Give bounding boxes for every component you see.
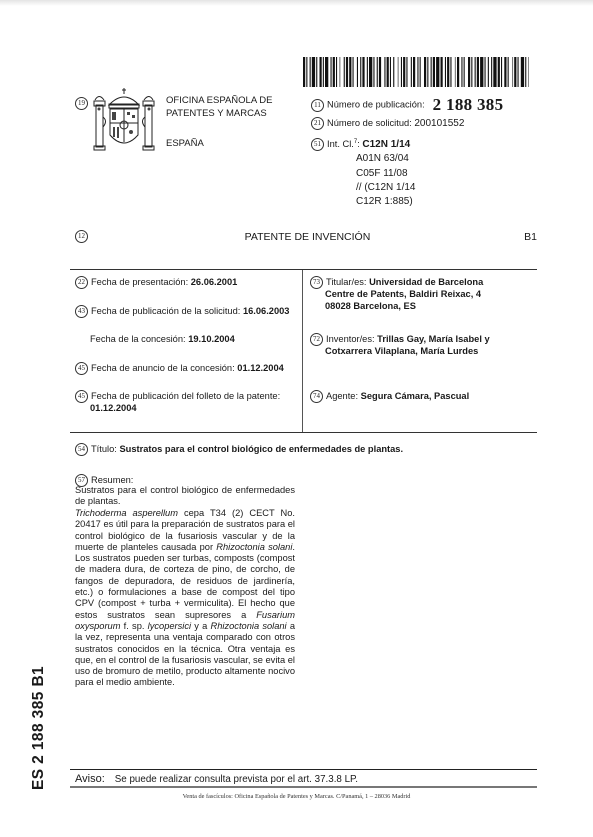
notice-text: Se puede realizar consulta prevista por … (115, 774, 358, 785)
inid-code-21: 21 (311, 117, 324, 130)
int-class-item: C12R 1:885) (311, 195, 415, 209)
inid-code-54: 54 (75, 443, 88, 456)
field-value: Segura Cámara, Pascual (361, 391, 470, 401)
document-type-row: 12 PATENTE DE INVENCIÓN B1 (75, 230, 540, 244)
abstract-species: Rhizoctonia solani (216, 542, 292, 552)
field-label: Inventor/es: (326, 334, 375, 344)
field-value: Trillas Gay, María Isabel y (377, 334, 489, 344)
publication-number: 2 188 385 (433, 95, 504, 114)
document-type-title: PATENTE DE INVENCIÓN (75, 231, 540, 243)
abstract-label: Resumen: (91, 475, 133, 485)
divider-vertical (302, 270, 303, 433)
application-pub-date-field: 43Fecha de publicación de la solicitud: … (75, 305, 289, 318)
int-class-field: 51Int. Cl.7: C12N 1/14 A01N 63/04 C05F 1… (311, 135, 415, 210)
abstract-text: y a (191, 621, 210, 631)
field-label: Fecha de presentación: (91, 277, 188, 287)
application-number-label: Número de solicitud: (327, 118, 412, 128)
int-class-item: // (C12N 1/14 (311, 181, 415, 195)
int-class-item: C05F 11/08 (311, 167, 415, 181)
side-publication-code: ES 2 188 385 B1 (30, 666, 48, 790)
inid-code: 73 (310, 276, 323, 289)
field-value: Cotxarrera Vilaplana, María Lurdes (310, 346, 478, 356)
office-name: OFICINA ESPAÑOLA DE PATENTES Y MARCAS (166, 95, 272, 120)
notice: Aviso:Se puede realizar consulta previst… (75, 773, 358, 785)
agent-field: 74Agente: Segura Cámara, Pascual (310, 390, 469, 403)
aviso-bottom-line (70, 786, 537, 788)
field-value: 19.10.2004 (188, 334, 235, 344)
inid-code-51: 51 (311, 138, 324, 151)
grant-announcement-date-field: 45Fecha de anuncio de la concesión: 01.1… (75, 362, 284, 375)
inid-code: 45 (75, 362, 88, 375)
grant-date-field: Fecha de la concesión: 19.10.2004 (90, 334, 235, 346)
holder-field: 73Titular/es: Universidad de Barcelona C… (310, 276, 483, 312)
patent-pub-date-field: 45Fecha de publicación del folleto de la… (75, 390, 290, 415)
abstract-species: Trichoderma asperellum (75, 508, 178, 518)
publication-number-field: 11Número de publicación:2 188 385 (311, 95, 503, 115)
abstract-species: Rhizoctonia solani (211, 621, 287, 631)
int-class-main: C12N 1/14 (362, 139, 410, 150)
spain-coat-of-arms-icon (93, 87, 155, 153)
field-label: Titular/es: (326, 277, 366, 287)
barcode-icon (303, 57, 529, 87)
int-class-edition: 7 (354, 139, 357, 145)
page-top-shadow (0, 0, 593, 6)
abstract-text: f. sp. (120, 621, 147, 631)
field-value: 26.06.2001 (191, 277, 238, 287)
field-value: 16.06.2003 (243, 306, 290, 316)
office-name-line1: OFICINA ESPAÑOLA DE (166, 95, 272, 108)
filing-date-field: 22Fecha de presentación: 26.06.2001 (75, 276, 237, 289)
application-number: 200101552 (414, 118, 464, 129)
field-value: Centre de Patents, Baldiri Reixac, 4 (310, 289, 481, 299)
inid-code-19: 19 (75, 97, 88, 110)
abstract-intro: Sustratos para el control biológico de e… (75, 485, 295, 508)
field-label: Fecha de publicación de la solicitud: (91, 306, 240, 316)
field-label: Fecha de publicación del folleto de la p… (91, 391, 280, 401)
field-value: 01.12.2004 (237, 363, 284, 373)
divider-bottom (70, 432, 537, 433)
field-value: 08028 Barcelona, ES (310, 301, 416, 311)
divider-top (70, 269, 537, 270)
field-value: Universidad de Barcelona (369, 277, 483, 287)
inid-code: 22 (75, 276, 88, 289)
field-label: Agente: (326, 391, 358, 401)
inid-code: 74 (310, 390, 323, 403)
country-name: ESPAÑA (166, 138, 204, 149)
invention-title: Sustratos para el control biológico de e… (119, 444, 403, 454)
field-label: Fecha de anuncio de la concesión: (91, 363, 235, 373)
inid-code: 43 (75, 305, 88, 318)
sales-info: Venta de fascículos: Oficina Española de… (0, 793, 593, 800)
inid-code: 45 (75, 390, 88, 403)
abstract-body: Trichoderma asperellum cepa T34 (2) CECT… (75, 508, 295, 689)
abstract-text: . Los sustratos pueden ser turbas, compo… (75, 542, 295, 620)
invention-title-field: 54Título: Sustratos para el control biol… (75, 443, 403, 456)
inid-code: 72 (310, 333, 323, 346)
field-label: Fecha de la concesión: (90, 334, 186, 344)
field-label: Título: (91, 444, 117, 454)
aviso-top-line (70, 769, 537, 770)
field-value: 01.12.2004 (75, 403, 137, 413)
publication-number-label: Número de publicación: (327, 99, 425, 109)
abstract-species: lycopersici (148, 621, 191, 631)
document-kind-code: B1 (524, 231, 537, 243)
application-number-field: 21Número de solicitud: 200101552 (311, 117, 464, 130)
inventors-field: 72Inventor/es: Trillas Gay, María Isabel… (310, 333, 490, 358)
office-name-line2: PATENTES Y MARCAS (166, 108, 272, 121)
notice-label: Aviso: (75, 773, 105, 785)
int-class-label: Int. Cl. (327, 139, 354, 149)
int-class-item: A01N 63/04 (311, 152, 415, 166)
inid-code-11: 11 (311, 99, 324, 112)
